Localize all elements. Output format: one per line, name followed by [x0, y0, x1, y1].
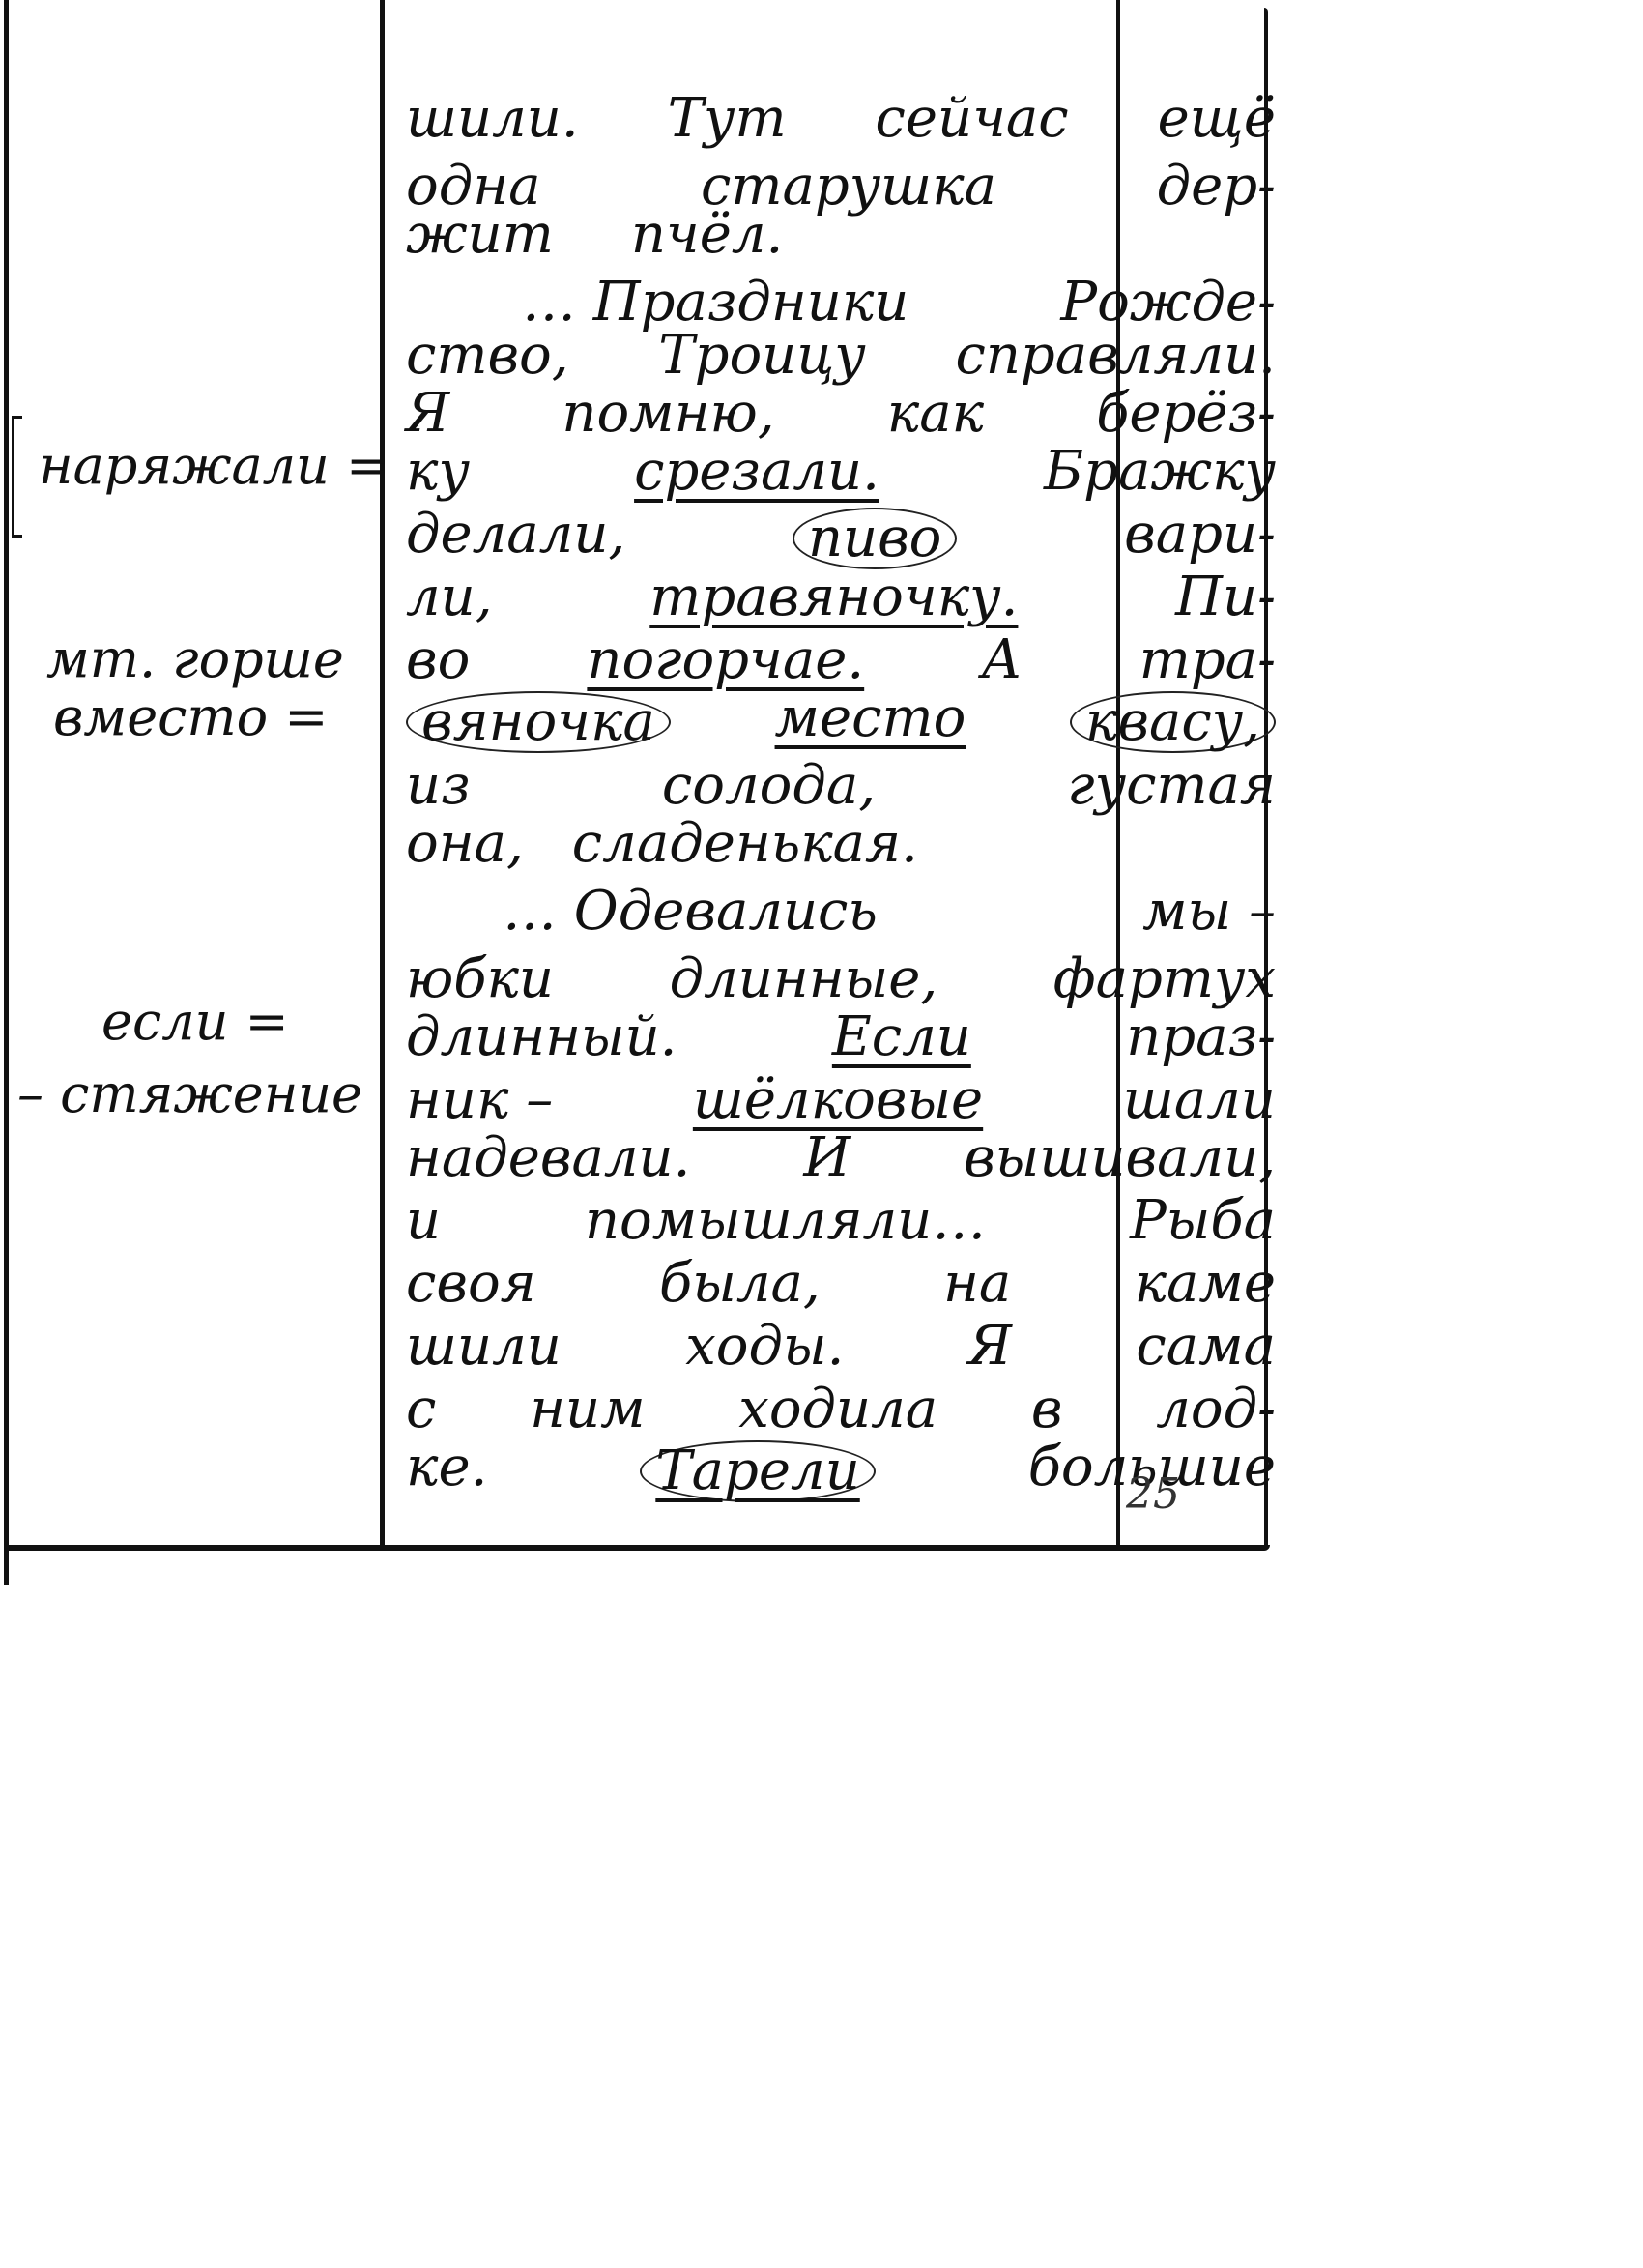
handwritten-word: во [406, 633, 470, 687]
text-line: с ним ходила в лод- [406, 1382, 1276, 1437]
text-line: … Одевались мы – [406, 885, 1276, 939]
handwritten-word: … Праздники [522, 276, 908, 330]
handwritten-word: своя [406, 1257, 536, 1311]
text-line: она, сладенькая. [406, 817, 1276, 871]
circled-word: Тарели [640, 1440, 875, 1502]
handwritten-word: Троицу [658, 329, 866, 383]
handwritten-word: с [406, 1382, 436, 1437]
text-line: и помышляли… Рыба [406, 1194, 1276, 1248]
underlined-word: срезали. [634, 445, 879, 499]
handwritten-word: ним [530, 1382, 645, 1437]
handwritten-word: ке. [406, 1440, 487, 1502]
handwritten-word: пчёл. [631, 208, 784, 262]
handwritten-word: справляли. [955, 329, 1276, 383]
handwritten-word: … Одевались [503, 885, 878, 939]
circled-word: квасу, [1070, 691, 1276, 753]
handwritten-word: ещё [1158, 92, 1276, 146]
text-line: из солода, густая [406, 759, 1276, 813]
underlined-word: травяночку. [649, 570, 1018, 625]
handwritten-word: фартух [1053, 952, 1276, 1006]
underlined-word: погорчае. [587, 633, 864, 687]
main-vertical-rule [380, 0, 385, 1550]
handwritten-word: юбки [406, 952, 554, 1006]
handwritten-word: длинные, [670, 952, 938, 1006]
text-line: во погорчае. А тра- [406, 633, 1276, 687]
text-line: своя была, на каме [406, 1257, 1276, 1311]
handwritten-word: сладенькая. [572, 817, 918, 871]
text-line: шили ходы. Я сама [406, 1320, 1276, 1374]
margin-note-gorshe: мт. горше [46, 633, 344, 685]
handwritten-word: праз- [1126, 1010, 1276, 1064]
page-edge-left [4, 0, 9, 1585]
text-line: шили. Тут сейчас ещё [406, 92, 1276, 146]
underlined-word: шёлковые [693, 1073, 983, 1127]
handwritten-word: И [803, 1131, 850, 1185]
handwritten-word: вари- [1124, 508, 1276, 569]
handwritten-word: помышляли… [585, 1194, 986, 1248]
margin-note-styazhenie: – стяжение [17, 1068, 362, 1120]
handwritten-word: А [981, 633, 1022, 687]
margin-bracket [12, 416, 22, 538]
page-number: 25 [1126, 1469, 1180, 1519]
handwritten-word: Бражку [1044, 445, 1276, 499]
handwritten-word: солода, [662, 759, 876, 813]
handwritten-word: ник – [406, 1073, 553, 1127]
text-line: ли, травяночку. Пи- [406, 570, 1276, 625]
handwritten-word: ство, [406, 329, 569, 383]
margin-note-naryazhali: наряжали = [39, 440, 389, 492]
handwritten-word: она, [406, 817, 524, 871]
text-line: ство, Троицу справляли. [406, 329, 1276, 383]
handwritten-word: из [406, 759, 471, 813]
handwritten-word: на [943, 1257, 1011, 1311]
handwritten-word: Я [968, 1320, 1012, 1374]
bottom-rule [4, 1545, 1270, 1551]
handwritten-word: мы – [1142, 885, 1276, 939]
handwritten-word: ли, [406, 570, 493, 625]
text-line: Я помню, как берёз- [406, 387, 1276, 441]
handwritten-word: каме [1135, 1257, 1276, 1311]
handwritten-word: жит [406, 208, 554, 262]
handwritten-word: сейчас [876, 92, 1069, 146]
handwritten-word: шали [1123, 1073, 1276, 1127]
handwritten-word: как [887, 387, 984, 441]
handwritten-word: шили. [406, 92, 579, 146]
handwritten-word: сама [1136, 1320, 1276, 1374]
handwritten-word: ку [406, 445, 470, 499]
text-line: делали, пиво вари- [406, 508, 1276, 569]
handwritten-word: делали, [406, 508, 625, 569]
handwritten-word: длинный. [406, 1010, 677, 1064]
handwritten-word: Рыба [1130, 1194, 1276, 1248]
text-line: вяночка место квасу, [406, 691, 1276, 753]
handwritten-word: Я [406, 387, 449, 441]
handwritten-word: тра- [1139, 633, 1276, 687]
handwritten-word: в [1031, 1382, 1063, 1437]
text-line: … Праздники Рожде- [406, 276, 1276, 330]
circled-word: пиво [793, 508, 957, 569]
handwritten-word: и [406, 1194, 441, 1248]
handwritten-word: шили [406, 1320, 562, 1374]
circled-word: вяночка [406, 691, 671, 753]
text-line: ник – шёлковые шали [406, 1073, 1276, 1127]
handwritten-word: Рожде- [1060, 276, 1276, 330]
underlined-word: место [775, 691, 966, 753]
handwritten-word: берёз- [1096, 387, 1276, 441]
handwritten-word: помню, [562, 387, 774, 441]
handwritten-word: густая [1067, 759, 1276, 813]
text-line: жит пчёл. [406, 208, 1276, 262]
handwritten-word: ходы. [685, 1320, 844, 1374]
margin-note-esli: если = [101, 996, 289, 1048]
text-line: надевали. И вышивали, [406, 1131, 1276, 1185]
handwritten-word: вышивали, [964, 1131, 1276, 1185]
text-line: юбки длинные, фартух [406, 952, 1276, 1006]
handwritten-word: надевали. [406, 1131, 690, 1185]
underlined-word: Если [832, 1010, 971, 1064]
handwritten-word: Тут [668, 92, 787, 146]
text-line: длинный. Если праз- [406, 1010, 1276, 1064]
text-line: ку срезали. Бражку [406, 445, 1276, 499]
handwritten-word: дер- [1157, 160, 1276, 214]
handwritten-word: Пи- [1175, 570, 1276, 625]
handwritten-word: была, [659, 1257, 821, 1311]
handwritten-word: ходила [738, 1382, 937, 1437]
margin-note-vmesto: вместо = [53, 691, 329, 743]
handwritten-word: лод- [1156, 1382, 1276, 1437]
